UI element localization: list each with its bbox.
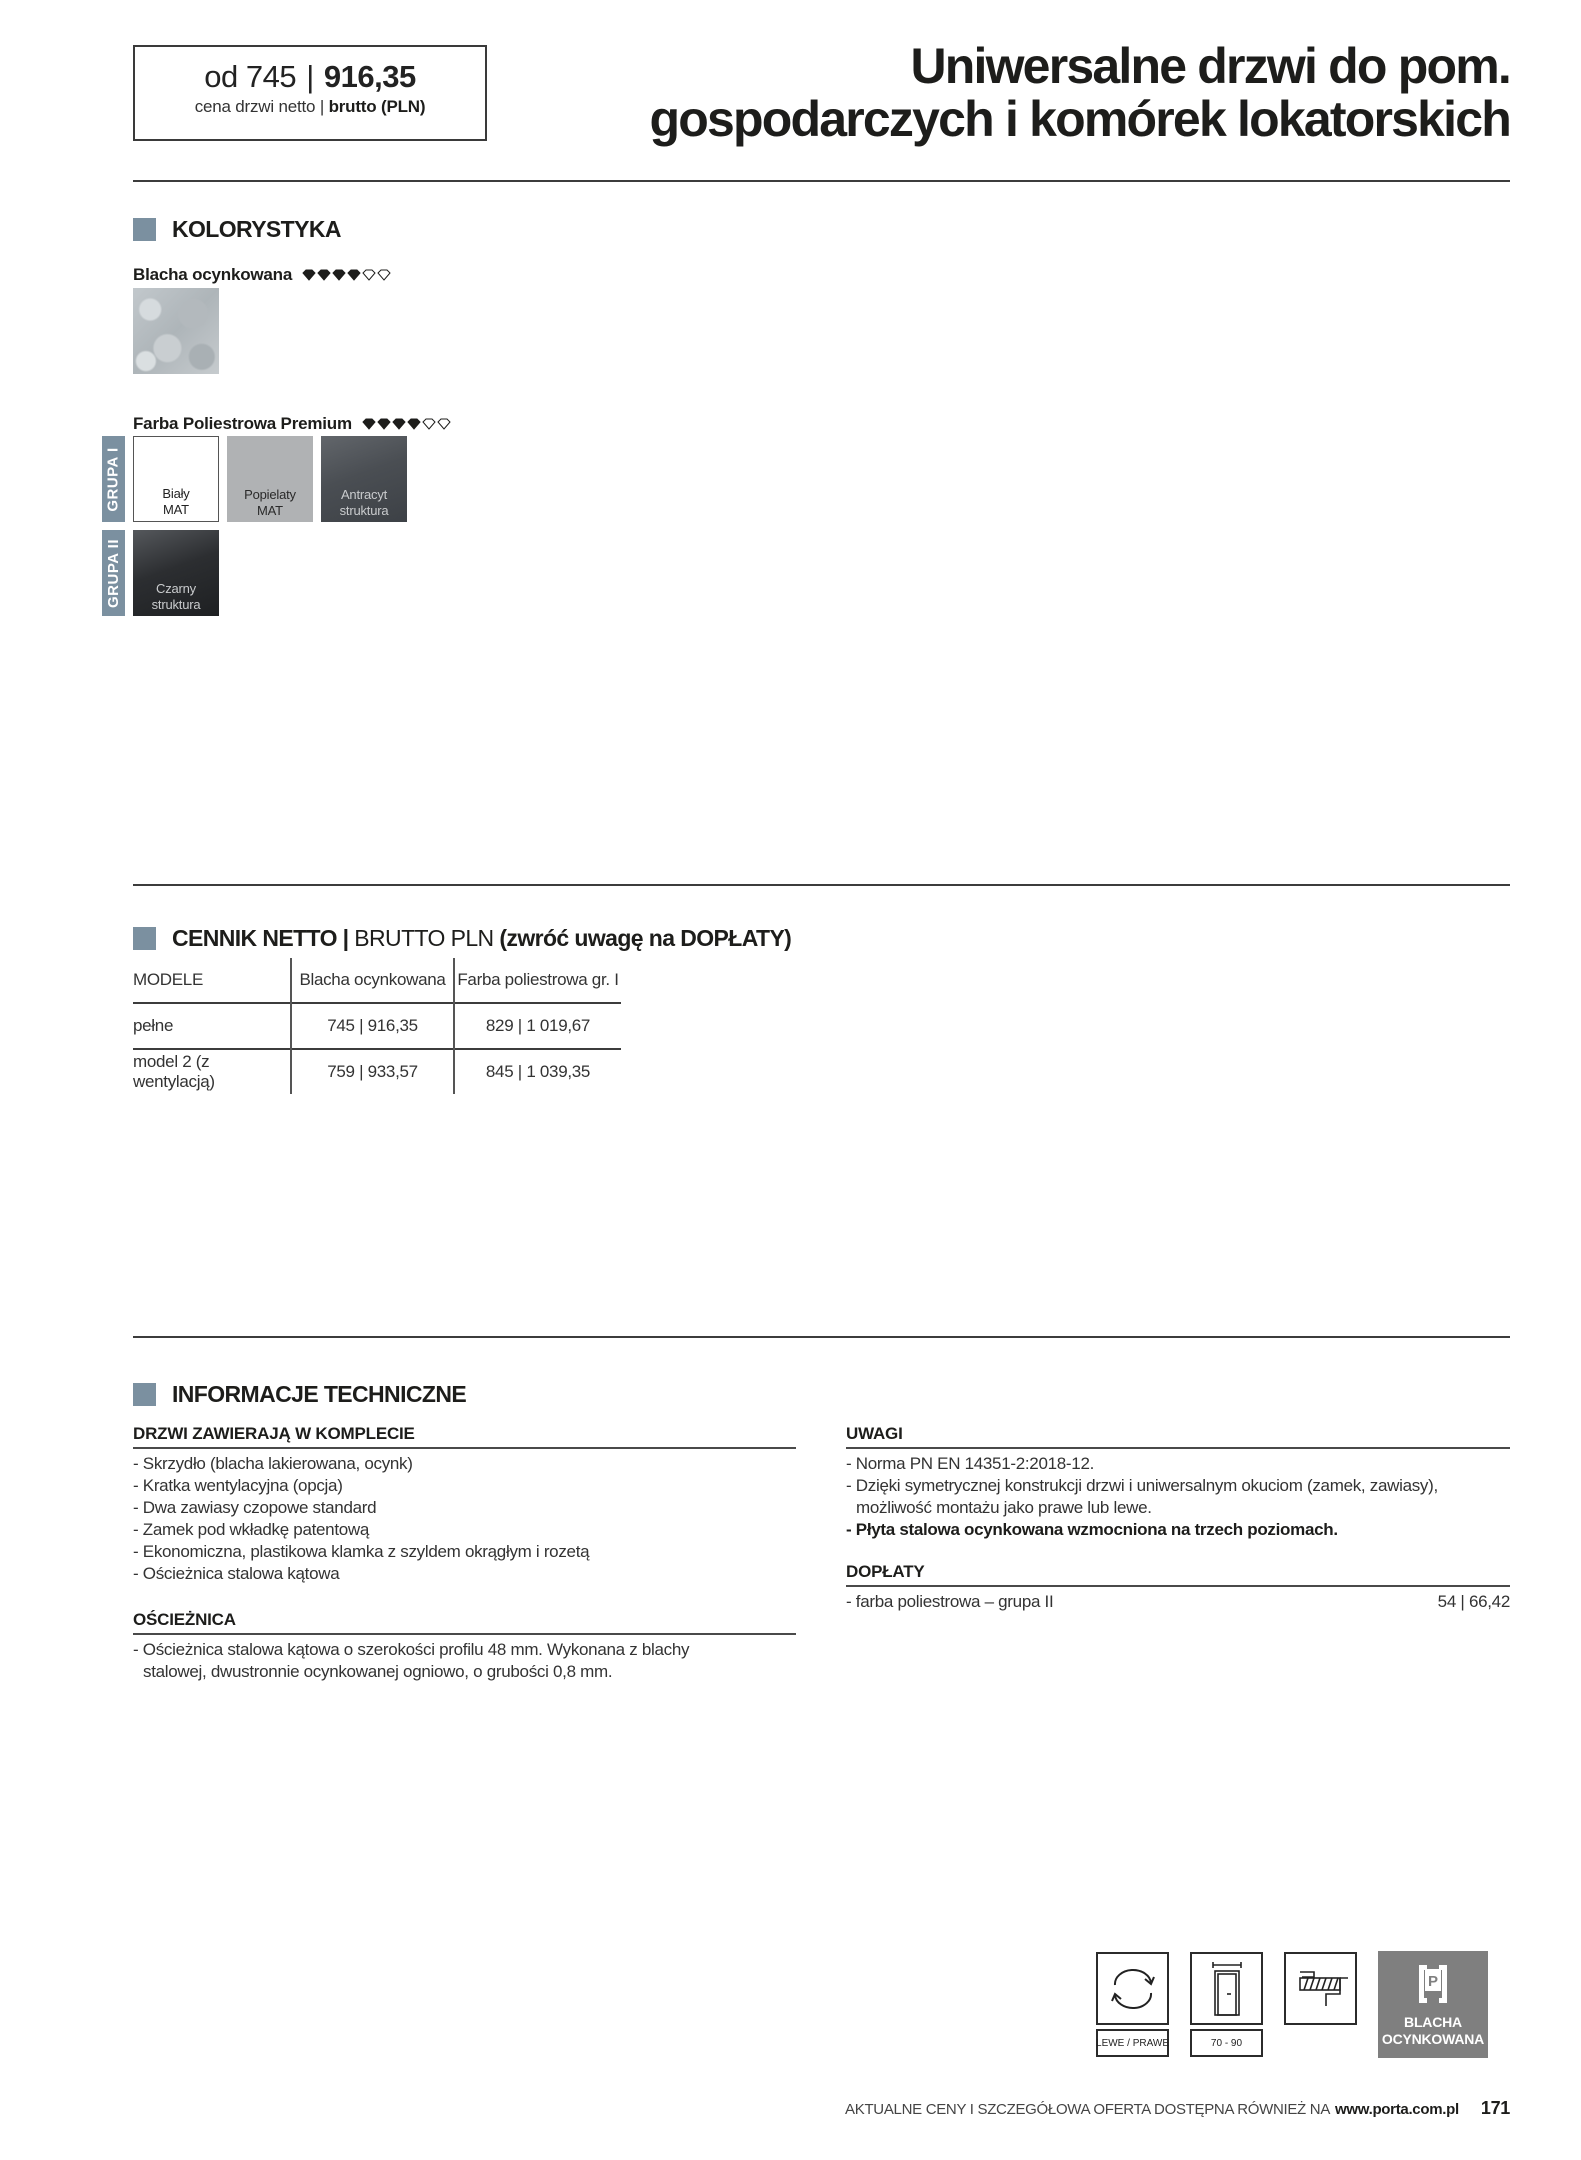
price-caption: cena drzwi netto | brutto (PLN) bbox=[135, 97, 485, 117]
page-number: 171 bbox=[1481, 2098, 1510, 2119]
note-line: - Dzięki symetrycznej konstrukcji drzwi … bbox=[846, 1475, 1510, 1497]
table-cell-price: 759 | 933,57 bbox=[291, 1049, 454, 1094]
frame-profile-icon bbox=[1284, 1952, 1357, 2025]
swatch-popielaty-mat[interactable]: Popielaty MAT bbox=[227, 436, 313, 522]
group-1-label: GRUPA I bbox=[102, 436, 125, 522]
price-box: od 745 | 916,35 cena drzwi netto | brutt… bbox=[133, 45, 487, 141]
rotate-arrows-icon bbox=[1096, 1952, 1169, 2025]
swatch-galvanized[interactable] bbox=[133, 288, 219, 374]
price-caption-separator: | bbox=[320, 97, 324, 116]
included-block: DRZWI ZAWIERAJĄ W KOMPLECIE - Skrzydło (… bbox=[133, 1424, 796, 1585]
frame-text: - Ościeżnica stalowa kątowa o szerokości… bbox=[133, 1639, 796, 1683]
diamond-empty-icon bbox=[362, 269, 376, 281]
swatch-finish: MAT bbox=[163, 502, 189, 518]
polyester-label-row: Farba Poliestrowa Premium bbox=[133, 414, 451, 434]
note-line-bold: - Płyta stalowa ocynkowana wzmocniona na… bbox=[846, 1519, 1510, 1541]
list-item: - Kratka wentylacyjna (opcja) bbox=[133, 1475, 796, 1497]
note-line: możliwość montażu jako prawe lub lewe. bbox=[846, 1497, 1510, 1519]
footer: AKTUALNE CENY I SZCZEGÓŁOWA OFERTA DOSTĘ… bbox=[845, 2098, 1510, 2119]
page-title-line2: gospodarczych i komórek lokatorskich bbox=[650, 93, 1511, 146]
diamond-filled-icon bbox=[392, 418, 406, 430]
diamond-empty-icon bbox=[437, 418, 451, 430]
divider-prices bbox=[133, 884, 1510, 886]
table-cell-model: model 2 (z wentylacją) bbox=[133, 1049, 291, 1094]
table-cell-price: 829 | 1 019,67 bbox=[454, 1003, 621, 1049]
table-cell-price: 745 | 916,35 bbox=[291, 1003, 454, 1049]
included-list: - Skrzydło (blacha lakierowana, ocynk) -… bbox=[133, 1453, 796, 1585]
table-row: pełne 745 | 916,35 829 | 1 019,67 bbox=[133, 1003, 621, 1049]
polyester-label: Farba Poliestrowa Premium bbox=[133, 414, 352, 434]
included-heading: DRZWI ZAWIERAJĄ W KOMPLECIE bbox=[133, 1424, 796, 1449]
list-item: - Zamek pod wkładkę patentową bbox=[133, 1519, 796, 1541]
door-width-icon bbox=[1190, 1952, 1263, 2025]
table-row: model 2 (z wentylacją) 759 | 933,57 845 … bbox=[133, 1049, 621, 1094]
swatch-finish: MAT bbox=[257, 503, 283, 519]
diamond-filled-icon bbox=[407, 418, 421, 430]
price-table: MODELE Blacha ocynkowana Farba poliestro… bbox=[133, 958, 621, 1094]
divider-tech bbox=[133, 1336, 1510, 1338]
table-header-row: MODELE Blacha ocynkowana Farba poliestro… bbox=[133, 958, 621, 1003]
group-2-label: GRUPA II bbox=[102, 530, 125, 616]
notes-block: UWAGI - Norma PN EN 14351-2:2018-12. - D… bbox=[846, 1424, 1510, 1541]
swatch-name: Biały bbox=[162, 486, 189, 502]
surcharges-block: DOPŁATY - farba poliestrowa – grupa II 5… bbox=[846, 1562, 1510, 1613]
swatch-bialy-mat[interactable]: Biały MAT bbox=[133, 436, 219, 522]
prices-title-bold: CENNIK NETTO | bbox=[172, 925, 349, 951]
polyester-rating bbox=[362, 418, 451, 430]
list-item: - Ościeżnica stalowa kątowa bbox=[133, 1563, 796, 1585]
frame-block: OŚCIEŻNICA - Ościeżnica stalowa kątowa o… bbox=[133, 1610, 796, 1683]
group-2-text: GRUPA II bbox=[105, 538, 122, 607]
feature-label-width: 70 - 90 bbox=[1190, 2029, 1263, 2057]
group-1-text: GRUPA I bbox=[105, 447, 122, 511]
price-separator: | bbox=[306, 59, 314, 94]
section-marker-icon bbox=[133, 927, 156, 950]
section-prices-header: CENNIK NETTO | BRUTTO PLN (zwróć uwagę n… bbox=[133, 925, 791, 951]
section-prices-title: CENNIK NETTO | BRUTTO PLN (zwróć uwagę n… bbox=[172, 925, 791, 952]
table-cell-model: pełne bbox=[133, 1003, 291, 1049]
swatch-czarny-struktura[interactable]: Czarny struktura bbox=[133, 530, 219, 616]
diamond-filled-icon bbox=[377, 418, 391, 430]
divider-top bbox=[133, 180, 1510, 182]
surcharge-row: - farba poliestrowa – grupa II 54 | 66,4… bbox=[846, 1591, 1510, 1613]
galvanized-rating bbox=[302, 269, 391, 281]
galvanized-label: Blacha ocynkowana bbox=[133, 265, 292, 285]
swatch-name: Popielaty bbox=[244, 487, 296, 503]
galvanized-label-row: Blacha ocynkowana bbox=[133, 265, 391, 285]
porta-logo-icon: P bbox=[1415, 1963, 1451, 2005]
swatch-finish: struktura bbox=[152, 597, 201, 613]
footer-text: AKTUALNE CENY I SZCZEGÓŁOWA OFERTA DOSTĘ… bbox=[845, 2101, 1330, 2118]
price-main: od 745 | 916,35 bbox=[135, 59, 485, 95]
diamond-filled-icon bbox=[332, 269, 346, 281]
prices-title-light: BRUTTO PLN bbox=[349, 925, 500, 951]
section-colors-header: KOLORYSTYKA bbox=[133, 216, 341, 242]
section-tech-header: INFORMACJE TECHNICZNE bbox=[133, 1381, 466, 1407]
price-caption-netto: cena drzwi netto bbox=[195, 97, 316, 116]
list-item: - Ekonomiczna, plastikowa klamka z szyld… bbox=[133, 1541, 796, 1563]
price-from: od 745 bbox=[204, 59, 296, 94]
price-brutto: 916,35 bbox=[324, 59, 416, 94]
diamond-filled-icon bbox=[347, 269, 361, 281]
section-tech-title: INFORMACJE TECHNICZNE bbox=[172, 1381, 466, 1408]
badge-line1: BLACHA bbox=[1378, 2014, 1488, 2031]
price-caption-brutto: brutto (PLN) bbox=[329, 97, 426, 116]
swatch-finish: struktura bbox=[340, 503, 389, 519]
note-line: - Norma PN EN 14351-2:2018-12. bbox=[846, 1453, 1510, 1475]
surcharge-price: 54 | 66,42 bbox=[1438, 1591, 1510, 1613]
badge-line2: OCYNKOWANA bbox=[1378, 2031, 1488, 2048]
section-marker-icon bbox=[133, 1383, 156, 1406]
diamond-filled-icon bbox=[302, 269, 316, 281]
notes-heading: UWAGI bbox=[846, 1424, 1510, 1449]
diamond-filled-icon bbox=[317, 269, 331, 281]
table-header: Farba poliestrowa gr. I bbox=[454, 958, 621, 1003]
diamond-filled-icon bbox=[362, 418, 376, 430]
surcharge-label: - farba poliestrowa – grupa II bbox=[846, 1591, 1053, 1613]
swatch-antracyt-struktura[interactable]: Antracyt struktura bbox=[321, 436, 407, 522]
swatch-name: Czarny bbox=[156, 581, 196, 597]
frame-line: - Ościeżnica stalowa kątowa o szerokości… bbox=[133, 1639, 796, 1661]
list-item: - Dwa zawiasy czopowe standard bbox=[133, 1497, 796, 1519]
notes-list: - Norma PN EN 14351-2:2018-12. - Dzięki … bbox=[846, 1453, 1510, 1541]
frame-heading: OŚCIEŻNICA bbox=[133, 1610, 796, 1635]
prices-title-note: (zwróć uwagę na DOPŁATY) bbox=[499, 925, 791, 951]
diamond-empty-icon bbox=[422, 418, 436, 430]
table-header: MODELE bbox=[133, 958, 291, 1003]
list-item: - Skrzydło (blacha lakierowana, ocynk) bbox=[133, 1453, 796, 1475]
diamond-empty-icon bbox=[377, 269, 391, 281]
blacha-ocynkowana-badge: P BLACHA OCYNKOWANA bbox=[1378, 1951, 1488, 2058]
table-header: Blacha ocynkowana bbox=[291, 958, 454, 1003]
frame-line: stalowej, dwustronnie ocynkowanej ogniow… bbox=[133, 1661, 796, 1683]
footer-url-link[interactable]: www.porta.com.pl bbox=[1335, 2101, 1459, 2118]
surcharges-list: - farba poliestrowa – grupa II 54 | 66,4… bbox=[846, 1591, 1510, 1613]
table-cell-price: 845 | 1 039,35 bbox=[454, 1049, 621, 1094]
section-marker-icon bbox=[133, 218, 156, 241]
badge-text: BLACHA OCYNKOWANA bbox=[1378, 2014, 1488, 2048]
section-colors-title: KOLORYSTYKA bbox=[172, 216, 341, 243]
feature-label-hinge-side: LEWE / PRAWE bbox=[1096, 2029, 1169, 2057]
svg-text:P: P bbox=[1428, 1973, 1438, 1990]
page-title: Uniwersalne drzwi do pom. gospodarczych … bbox=[650, 40, 1511, 146]
surcharges-heading: DOPŁATY bbox=[846, 1562, 1510, 1587]
swatch-name: Antracyt bbox=[341, 487, 387, 503]
page-title-line1: Uniwersalne drzwi do pom. bbox=[650, 40, 1511, 93]
